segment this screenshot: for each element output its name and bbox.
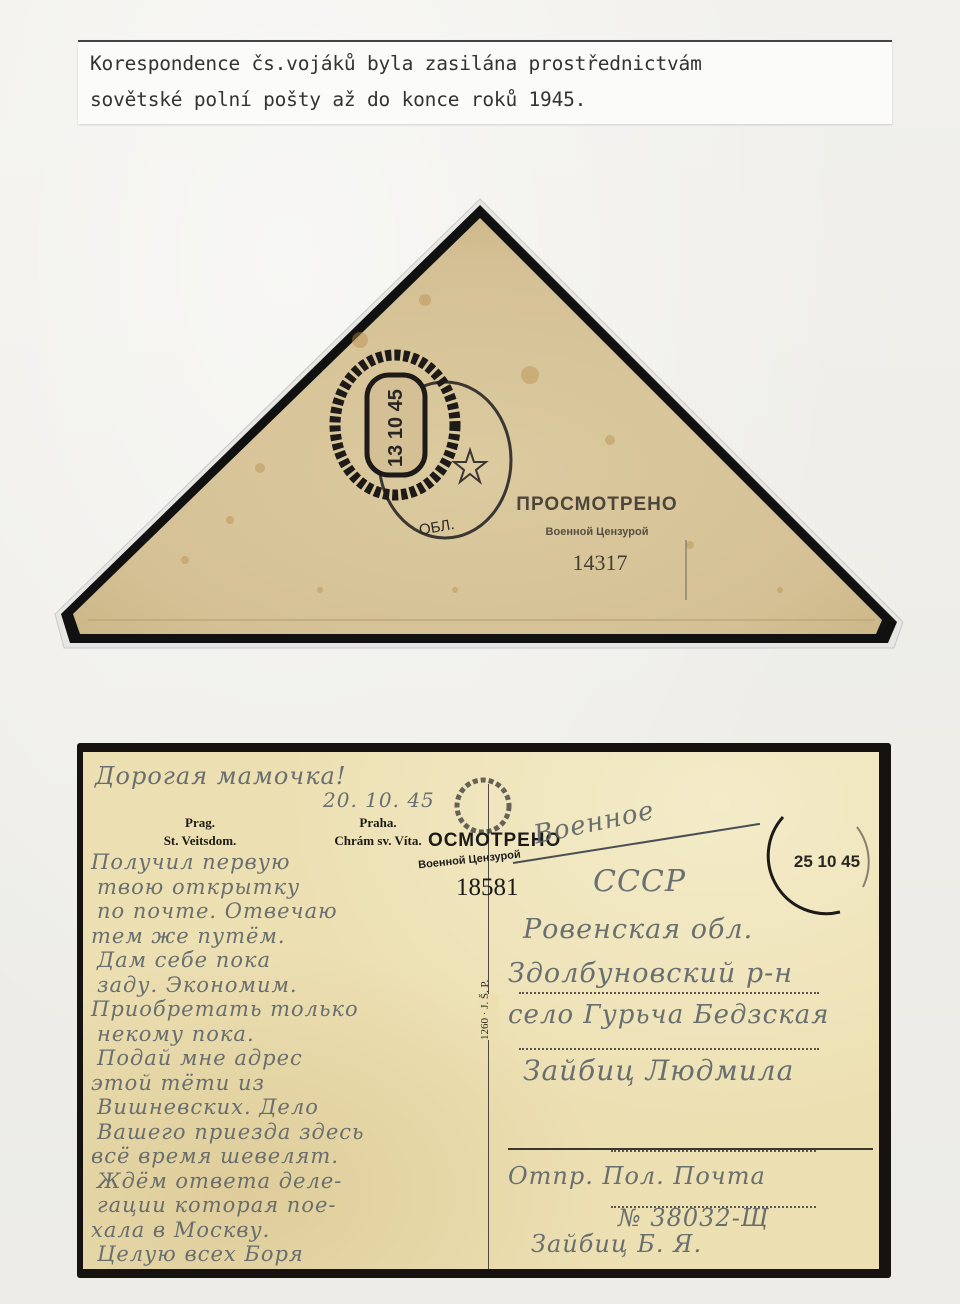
printed-caption-left: Prag. St. Veitsdom. <box>145 814 255 850</box>
postcard-postmark: 25 10 45 <box>745 797 875 917</box>
message-line: тем же путём. <box>91 924 286 948</box>
message-line: заду. Экономим. <box>97 973 298 997</box>
caption-left-site: St. Veitsdom. <box>145 832 255 850</box>
message-line: Вашего приезда здесь <box>97 1120 364 1144</box>
message-line: Получил первую <box>91 850 290 874</box>
message-line: Дам себе пока <box>97 948 271 972</box>
address-line-1: Ровенская обл. <box>523 914 753 945</box>
message-line: некому пока. <box>97 1022 255 1046</box>
address-line-2: Здолбуновский р-н <box>508 958 793 989</box>
postcard-censor-subtitle: Военной Цензурой <box>418 849 522 872</box>
postcard: Prag. St. Veitsdom. Praha. Chrám sv. Vít… <box>77 743 891 1278</box>
address-line-3: село Гурьча Бедзская <box>508 1000 829 1030</box>
sender-dotted-line <box>611 1150 816 1152</box>
caption-left-city: Prag. <box>145 814 255 832</box>
postcard-postmark-date: 25 10 45 <box>794 852 860 871</box>
sender-line-1: Отпр. Пол. Почта <box>508 1162 766 1190</box>
message-line: всё время шевелят. <box>91 1144 339 1168</box>
message-line: Целую всех Боря <box>97 1242 304 1266</box>
message-line: твою открытку <box>97 875 300 899</box>
address-country: СССР <box>593 864 686 899</box>
caption-right-city: Praha. <box>313 814 443 832</box>
postcard-censor-number: 18581 <box>456 874 519 902</box>
address-dotted-line <box>519 992 819 994</box>
message-greeting: Дорогая мамочка! <box>95 762 347 790</box>
message-line: Вишневских. Дело <box>97 1095 319 1119</box>
caption-line-1: Korespondence čs.vojáků byla zasilána pr… <box>90 46 880 82</box>
caption-line-2: sovětské polní pošty až do konce roků 19… <box>90 82 880 118</box>
caption-right-site: Chrám sv. Víta. <box>313 832 443 850</box>
printed-caption-right: Praha. Chrám sv. Víta. <box>313 814 443 850</box>
sender-line-2: № 38032-Щ <box>618 1204 769 1232</box>
message-line: гации которая пое- <box>97 1193 336 1217</box>
caption-label: Korespondence čs.vojáků byla zasilána pr… <box>78 40 892 124</box>
message-line: Подай мне адрес <box>97 1046 303 1070</box>
message-line: Приобретать только <box>91 997 359 1021</box>
message-line: этой тёти из <box>91 1071 265 1095</box>
publisher-mark: 1260 · J. Š. P. <box>479 994 499 1040</box>
postcard-back: Prag. St. Veitsdom. Praha. Chrám sv. Vít… <box>83 752 879 1269</box>
message-line: по почте. Отвечаю <box>97 899 338 923</box>
address-line-4: Зайбиц Людмила <box>523 1054 794 1087</box>
message-line: хала в Москву. <box>91 1218 270 1242</box>
message-line: Ждём ответа деле- <box>97 1169 342 1193</box>
message-date: 20. 10. 45 <box>323 788 435 812</box>
sender-line-3: Зайбиц Б. Я. <box>531 1230 702 1258</box>
address-dotted-line <box>519 1048 819 1050</box>
